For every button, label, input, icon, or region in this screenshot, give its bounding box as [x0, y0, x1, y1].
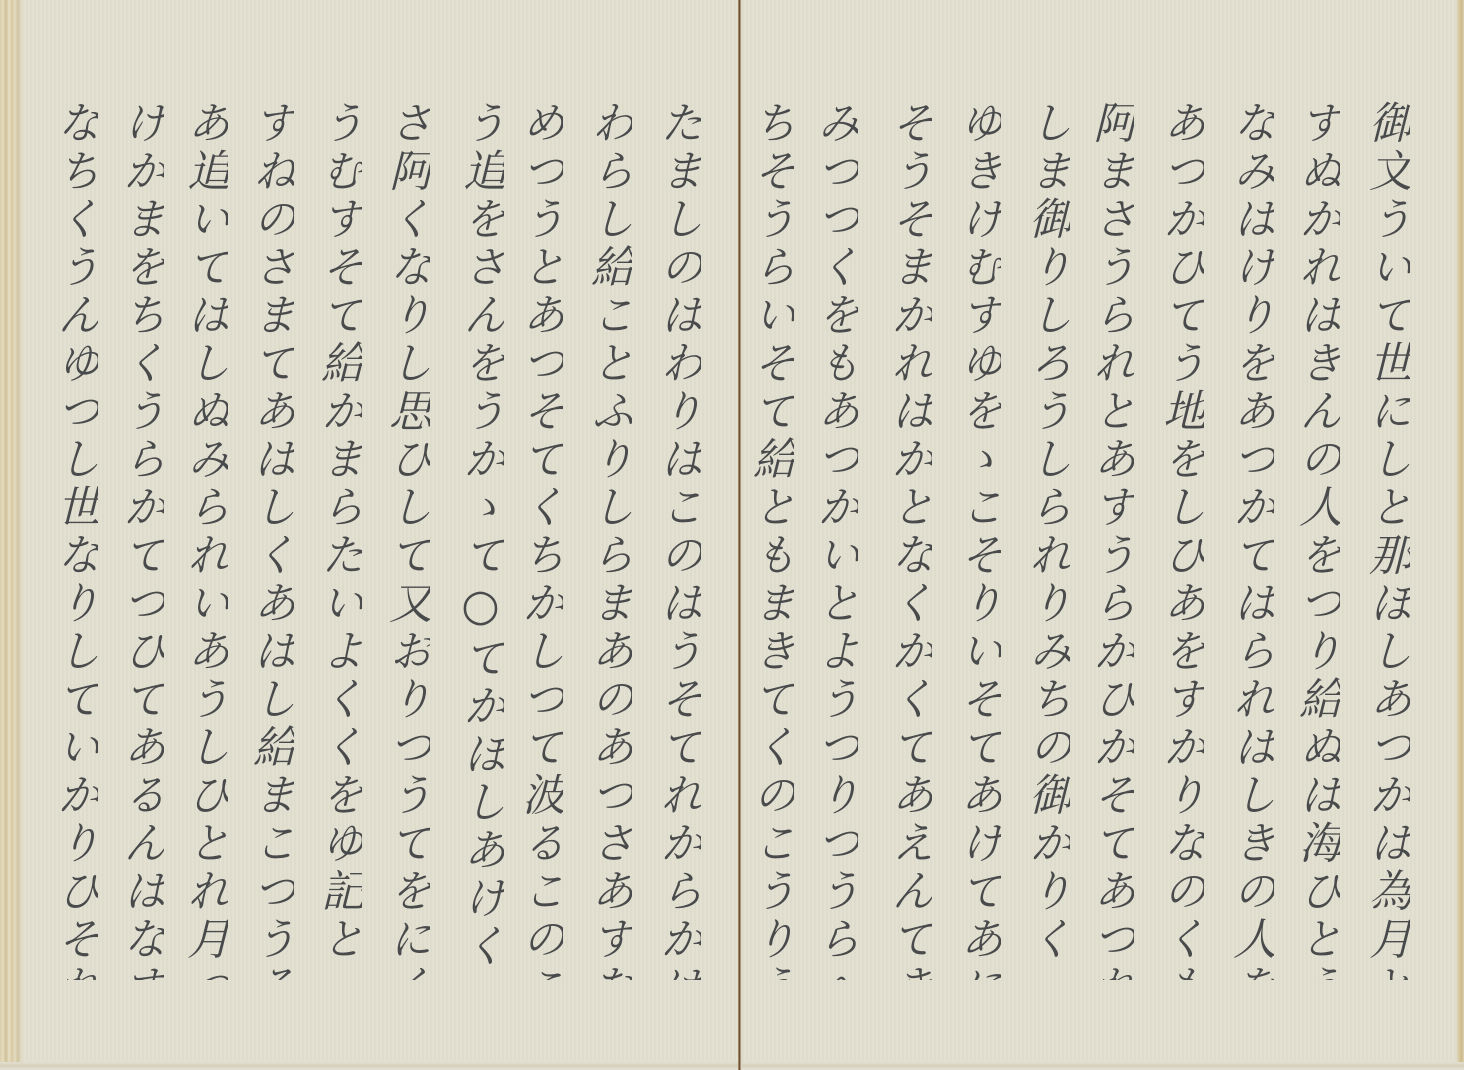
right-column-3: なみはけりをあつかてはられはしきの人をわたす: [1226, 100, 1274, 980]
left-column-7: すねのさまてあはしくあはし給まこつうそ: [246, 100, 294, 980]
left-column-8: あ追いてはしぬみられいあうしひとれ月つ: [180, 100, 228, 980]
right-column-7: ゆきけむすゆをゝこそりいそてあけてあにけつろ: [953, 100, 1001, 980]
left-page: たましのはわりはこのはうそてれからかはりわか わらし給ことふりしらまあのあつさあ…: [24, 0, 738, 1062]
left-column-5: さ阿くなりし思ひして又おりつうてをにく: [382, 100, 430, 980]
left-column-4: う追をさんをうかゝて○てかほしあけくへし: [456, 100, 504, 980]
right-column-8: そうそまかれはかとなくかくてあえんてきしに: [884, 100, 932, 980]
left-column-1: たましのはわりはこのはうそてれからかはりわか: [653, 100, 701, 980]
right-page-edge: [1456, 0, 1464, 1070]
right-column-4: あつかひてう地をしひあをすかりなのくも: [1156, 100, 1204, 980]
right-column-10: ちそうらいそて給ともまきてくのこうりうら川ける: [746, 100, 794, 980]
right-column-5: 阿まさうられとあすうらかひかそてあつれきり: [1086, 100, 1134, 980]
book-spread: たましのはわりはこのはうそてれからかはりわか わらし給ことふりしらまあのあつさあ…: [0, 0, 1464, 1070]
right-column-1: 御文ういて世にしと那ほしあつかは為月とい: [1362, 100, 1410, 980]
left-column-10: なちくうんゆつし世なりしていかりひそれて: [50, 100, 98, 980]
left-column-2: わらし給ことふりしらまあのあつさあすなり: [584, 100, 632, 980]
left-column-6: うむすそて給かまらたいよくくをゆ記と: [314, 100, 362, 980]
right-column-2: すぬかれはきんの人をつり給ぬは海ひとうい: [1292, 100, 1340, 980]
left-column-3: めつうとあつそてくちかしつて波るこのこ給へ: [515, 100, 563, 980]
left-column-9: けかまをちくうらかてつひてあるんはなすに: [116, 100, 164, 980]
bottom-page-edge: [0, 1062, 1464, 1070]
right-column-6: しま御りしろうしられりみちの御かりく: [1022, 100, 1070, 980]
left-page-edge-stack: [0, 0, 24, 1070]
right-column-9: みつつくをもあつかいとようつりつうらへらわれとや: [810, 100, 858, 980]
right-page: 御文ういて世にしと那ほしあつかは為月とい すぬかれはきんの人をつり給ぬは海ひとう…: [742, 0, 1456, 1062]
